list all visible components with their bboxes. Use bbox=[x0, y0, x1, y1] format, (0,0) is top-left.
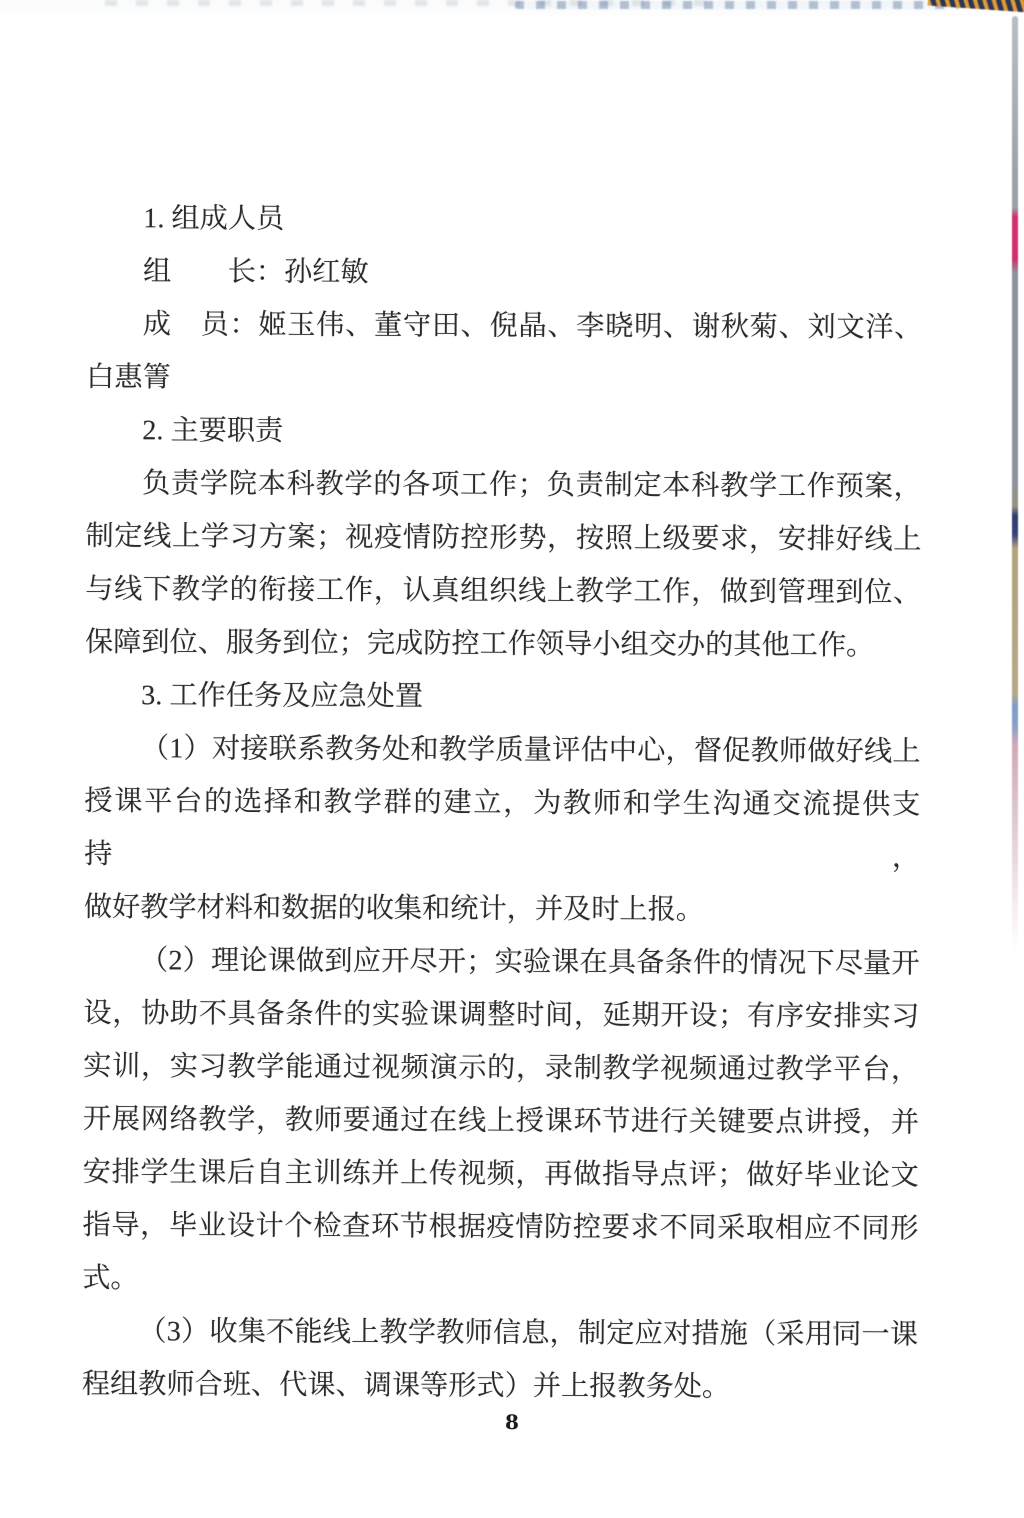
duties-line-4: 保障到位、服务到位；完成防控工作领导小组交办的其他工作。 bbox=[85, 616, 921, 673]
task-3-line-1: （3）收集不能线上教学教师信息，制定应对措施（采用同一课 bbox=[82, 1305, 918, 1362]
scan-artifact-corner-stripes bbox=[928, 0, 1024, 13]
members-line-continued: 白惠箐 bbox=[86, 351, 922, 408]
task-2-line-7: 式。 bbox=[82, 1252, 918, 1309]
task-1-line-1: （1）对接联系教务处和教学质量评估中心，督促教师做好线上 bbox=[84, 722, 920, 779]
task-3-line-2: 程组教师合班、代课、调课等形式）并上报教务处。 bbox=[82, 1358, 918, 1415]
task-1-line-3: 做好教学材料和数据的收集和统计，并及时上报。 bbox=[84, 881, 920, 938]
task-2-line-2: 设，协助不具备条件的实验课调整时间，延期开设；有序安排实习 bbox=[83, 987, 919, 1044]
section-1-heading: 1. 组成人员 bbox=[87, 192, 923, 249]
scan-noise-blue-scribble bbox=[515, 1, 960, 9]
document-body: 1. 组成人员 组 长：孙红敏 成 员：姬玉伟、董守田、倪晶、李晓明、谢秋菊、刘… bbox=[82, 192, 923, 1415]
task-1-line-2: 授课平台的选择和教学群的建立，为教师和学生沟通交流提供支持， bbox=[84, 775, 920, 885]
section-2-heading: 2. 主要职责 bbox=[86, 404, 922, 461]
members-line: 成 员：姬玉伟、董守田、倪晶、李晓明、谢秋菊、刘文洋、 bbox=[86, 298, 922, 355]
task-2-line-6: 指导，毕业设计个检查环节根据疫情防控要求不同采取相应不同形 bbox=[82, 1199, 918, 1256]
duties-line-1: 负责学院本科教学的各项工作；负责制定本科教学工作预案， bbox=[86, 457, 922, 514]
section-3-heading: 3. 工作任务及应急处置 bbox=[85, 669, 921, 726]
duties-line-2: 制定线上学习方案；视疫情防控形势，按照上级要求，安排好线上 bbox=[85, 510, 921, 567]
page-number: 8 bbox=[0, 1410, 1024, 1434]
task-2-line-3: 实训，实习教学能通过视频演示的，录制教学视频通过教学平台， bbox=[83, 1040, 919, 1097]
scanned-document-page: 1. 组成人员 组 长：孙红敏 成 员：姬玉伟、董守田、倪晶、李晓明、谢秋菊、刘… bbox=[0, 0, 1024, 1518]
scan-artifact-page-edge-line bbox=[1012, 16, 1018, 950]
task-2-line-5: 安排学生课后自主训练并上传视频，再做指导点评；做好毕业论文 bbox=[83, 1146, 919, 1203]
leader-line: 组 长：孙红敏 bbox=[87, 245, 923, 302]
task-2-line-4: 开展网络教学，教师要通过在线上授课环节进行关键要点讲授，并 bbox=[83, 1093, 919, 1150]
duties-line-3: 与线下教学的衔接工作，认真组织线上教学工作，做到管理到位、 bbox=[85, 563, 921, 620]
task-2-line-1: （2）理论课做到应开尽开；实验课在具备条件的情况下尽量开 bbox=[84, 934, 920, 991]
